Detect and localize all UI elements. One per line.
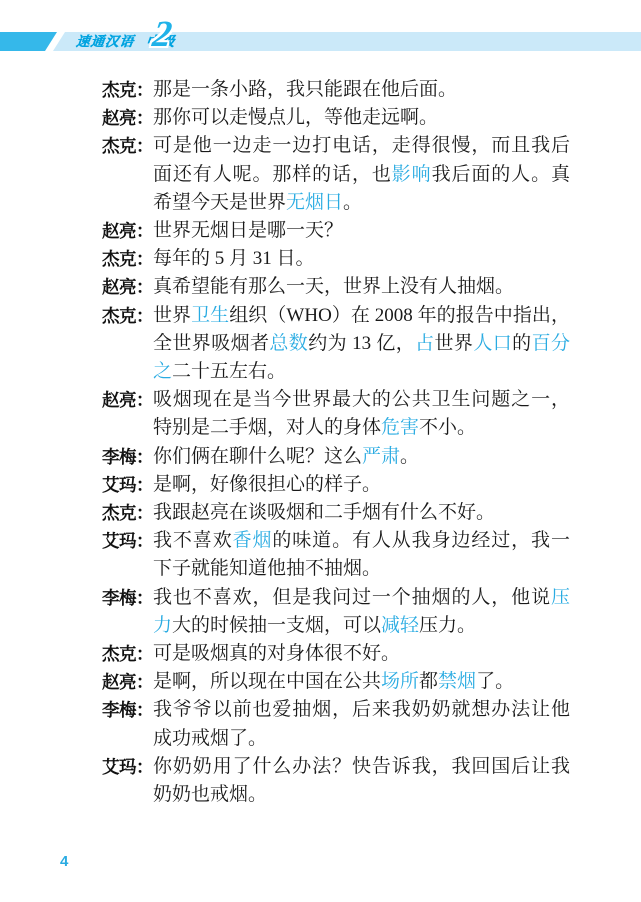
dialogue-segment: 世界无烟日是哪一天？	[153, 220, 343, 241]
vocabulary-highlight: 影响	[392, 164, 432, 185]
speaker-name: 杰克：	[102, 76, 153, 104]
dialogue-text: 可是他一边走一边打电话，走得很慢，而且我后面还有人呢。那样的话，也影响我后面的人…	[153, 132, 570, 217]
speaker-name: 李梅：	[102, 443, 153, 471]
dialogue-text: 那是一条小路，我只能跟在他后面。	[153, 76, 570, 104]
page-number: 4	[60, 853, 68, 870]
speaker-name: 李梅：	[102, 696, 153, 724]
vocabulary-highlight: 危害	[381, 417, 419, 438]
dialogue-segment: 世界	[153, 305, 191, 326]
speaker-name: 赵亮：	[102, 217, 153, 245]
dialogue-segment: 是啊，所以现在中国在公共	[153, 671, 381, 692]
dialogue-segment: 你们俩在聊什么呢？这么	[153, 446, 362, 467]
dialogue-line: 赵亮：是啊，所以现在中国在公共场所都禁烟了。	[102, 668, 570, 696]
speaker-name: 艾玛：	[102, 527, 153, 555]
vocabulary-highlight: 禁烟	[438, 671, 476, 692]
series-title: 速通汉语	[75, 34, 135, 49]
dialogue-text: 你奶奶用了什么办法？快告诉我，我回国后让我奶奶也戒烟。	[153, 753, 570, 809]
dialogue-line: 艾玛：你奶奶用了什么办法？快告诉我，我回国后让我奶奶也戒烟。	[102, 753, 570, 809]
dialogue-segment: 约为 13 亿，	[308, 333, 415, 354]
dialogue-line: 杰克：我跟赵亮在谈吸烟和二手烟有什么不好。	[102, 499, 570, 527]
dialogue-text: 那你可以走慢点儿，等他走远啊。	[153, 104, 570, 132]
dialogue-segment: 可是吸烟真的对身体很不好。	[153, 643, 400, 664]
dialogue-segment: 二十五左右。	[172, 361, 286, 382]
dialogue-segment: 那是一条小路，我只能跟在他后面。	[153, 79, 457, 100]
speaker-name: 杰克：	[102, 640, 153, 668]
speaker-name: 艾玛：	[102, 753, 153, 781]
dialogue-text: 世界卫生组织（WHO）在 2008 年的报告中指出，全世界吸烟者总数约为 13 …	[153, 302, 570, 387]
dialogue-line: 赵亮：那你可以走慢点儿，等他走远啊。	[102, 104, 570, 132]
dialogue-line: 赵亮：吸烟现在是当今世界最大的公共卫生问题之一，特别是二手烟，对人的身体危害不小…	[102, 386, 570, 442]
vocabulary-highlight: 严肃	[362, 446, 400, 467]
dialogue-segment: 不小。	[419, 417, 476, 438]
dialogue-line: 李梅：你们俩在聊什么呢？这么严肃。	[102, 443, 570, 471]
dialogue-list: 杰克：那是一条小路，我只能跟在他后面。赵亮：那你可以走慢点儿，等他走远啊。杰克：…	[102, 76, 570, 809]
dialogue-segment: 世界	[435, 333, 474, 354]
dialogue-segment: 是啊，好像很担心的样子。	[153, 474, 381, 495]
dialogue-segment: 那你可以走慢点儿，等他走远啊。	[153, 107, 438, 128]
vocabulary-highlight: 总数	[269, 333, 308, 354]
dialogue-text: 我跟赵亮在谈吸烟和二手烟有什么不好。	[153, 499, 570, 527]
dialogue-line: 艾玛：是啊，好像很担心的样子。	[102, 471, 570, 499]
dialogue-text: 可是吸烟真的对身体很不好。	[153, 640, 570, 668]
dialogue-segment: 吸烟现在是当今世界最大的公共卫生问题之一，特别是二手烟，对人的身体	[153, 389, 570, 438]
dialogue-text: 吸烟现在是当今世界最大的公共卫生问题之一，特别是二手烟，对人的身体危害不小。	[153, 386, 570, 442]
dialogue-text: 每年的 5 月 31 日。	[153, 245, 570, 273]
dialogue-text: 世界无烟日是哪一天？	[153, 217, 570, 245]
dialogue-text: 是啊，好像很担心的样子。	[153, 471, 570, 499]
dialogue-segment: 我跟赵亮在谈吸烟和二手烟有什么不好。	[153, 502, 495, 523]
vocabulary-highlight: 场所	[381, 671, 419, 692]
dialogue-text: 我不喜欢香烟的味道。有人从我身边经过，我一下子就能知道他抽不抽烟。	[153, 527, 570, 583]
speaker-name: 赵亮：	[102, 273, 153, 301]
dialogue-segment: 压力。	[419, 615, 476, 636]
dialogue-segment: 。	[400, 446, 419, 467]
vocabulary-highlight: 卫生	[191, 305, 229, 326]
dialogue-text: 我爷爷以前也爱抽烟，后来我奶奶就想办法让他成功戒烟了。	[153, 696, 570, 752]
dialogue-text: 是啊，所以现在中国在公共场所都禁烟了。	[153, 668, 570, 696]
dialogue-line: 杰克：可是他一边走一边打电话，走得很慢，而且我后面还有人呢。那样的话，也影响我后…	[102, 132, 570, 217]
vocabulary-highlight: 无烟日	[286, 192, 343, 213]
dialogue-segment: 真希望能有那么一天，世界上没有人抽烟。	[153, 276, 514, 297]
dialogue-line: 赵亮：世界无烟日是哪一天？	[102, 217, 570, 245]
dialogue-segment: 我也不喜欢，但是我问过一个抽烟的人，他说	[153, 587, 551, 608]
dialogue-segment: 了。	[476, 671, 514, 692]
speaker-name: 杰克：	[102, 132, 153, 160]
speaker-name: 杰克：	[102, 245, 153, 273]
dialogue-line: 杰克：那是一条小路，我只能跟在他后面。	[102, 76, 570, 104]
dialogue-segment: 我不喜欢	[153, 530, 233, 551]
speaker-name: 杰克：	[102, 499, 153, 527]
vocabulary-highlight: 香烟	[233, 530, 273, 551]
dialogue-line: 杰克：世界卫生组织（WHO）在 2008 年的报告中指出，全世界吸烟者总数约为 …	[102, 302, 570, 387]
dialogue-segment: 我爷爷以前也爱抽烟，后来我奶奶就想办法让他成功戒烟了。	[153, 699, 570, 748]
dialogue-segment: 的	[512, 333, 531, 354]
speaker-name: 杰克：	[102, 302, 153, 330]
dialogue-text: 你们俩在聊什么呢？这么严肃。	[153, 443, 570, 471]
header-accent-block	[0, 32, 57, 51]
dialogue-text: 我也不喜欢，但是我问过一个抽烟的人，他说压力大的时候抽一支烟，可以减轻压力。	[153, 584, 570, 640]
dialogue-segment: 你奶奶用了什么办法？快告诉我，我回国后让我奶奶也戒烟。	[153, 756, 570, 805]
dialogue-line: 杰克：可是吸烟真的对身体很不好。	[102, 640, 570, 668]
vocabulary-highlight: 人口	[473, 333, 512, 354]
dialogue-line: 李梅：我也不喜欢，但是我问过一个抽烟的人，他说压力大的时候抽一支烟，可以减轻压力…	[102, 584, 570, 640]
dialogue-segment: 。	[343, 192, 362, 213]
dialogue-line: 赵亮：真希望能有那么一天，世界上没有人抽烟。	[102, 273, 570, 301]
speaker-name: 赵亮：	[102, 386, 153, 414]
dialogue-line: 艾玛：我不喜欢香烟的味道。有人从我身边经过，我一下子就能知道他抽不抽烟。	[102, 527, 570, 583]
speaker-name: 李梅：	[102, 584, 153, 612]
dialogue-text: 真希望能有那么一天，世界上没有人抽烟。	[153, 273, 570, 301]
speaker-name: 赵亮：	[102, 104, 153, 132]
dialogue-line: 李梅：我爷爷以前也爱抽烟，后来我奶奶就想办法让他成功戒烟了。	[102, 696, 570, 752]
vocabulary-highlight: 占	[415, 333, 434, 354]
speaker-name: 赵亮：	[102, 668, 153, 696]
dialogue-segment: 大的时候抽一支烟，可以	[172, 615, 381, 636]
speaker-name: 艾玛：	[102, 471, 153, 499]
dialogue-line: 杰克：每年的 5 月 31 日。	[102, 245, 570, 273]
dialogue-segment: 每年的 5 月 31 日。	[153, 248, 315, 269]
dialogue-segment: 都	[419, 671, 438, 692]
vocabulary-highlight: 减轻	[381, 615, 419, 636]
